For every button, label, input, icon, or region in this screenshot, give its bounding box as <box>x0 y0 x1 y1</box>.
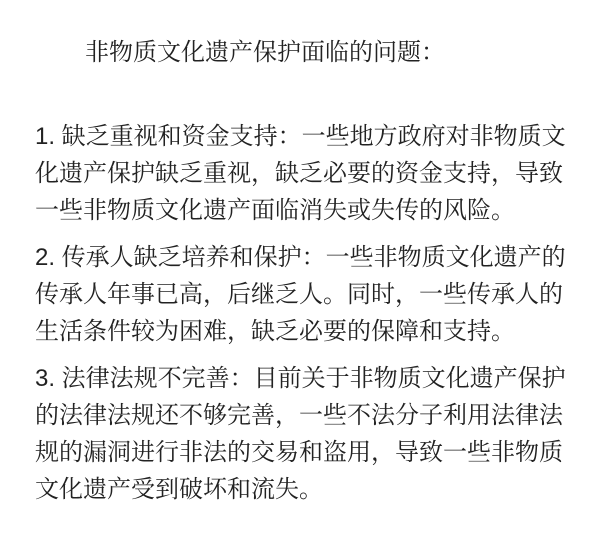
paragraph-legal-regulations: 3. 法律法规不完善：目前关于非物质文化遗产保护的法律法规还不够完善，一些不法分… <box>35 360 567 508</box>
paragraph-funding-support: 1. 缺乏重视和资金支持：一些地方政府对非物质文化遗产保护缺乏重视，缺乏必要的资… <box>35 118 567 229</box>
paragraph-inheritor-protection: 2. 传承人缺乏培养和保护：一些非物质文化遗产的传承人年事已高，后继乏人。同时，… <box>35 239 567 350</box>
document-title: 非物质文化遗产保护面临的问题： <box>85 34 567 72</box>
text-content-area: 非物质文化遗产保护面临的问题： 1. 缺乏重视和资金支持：一些地方政府对非物质文… <box>0 0 600 538</box>
document-page: { "page": { "background": "#ffffff", "te… <box>0 0 600 538</box>
